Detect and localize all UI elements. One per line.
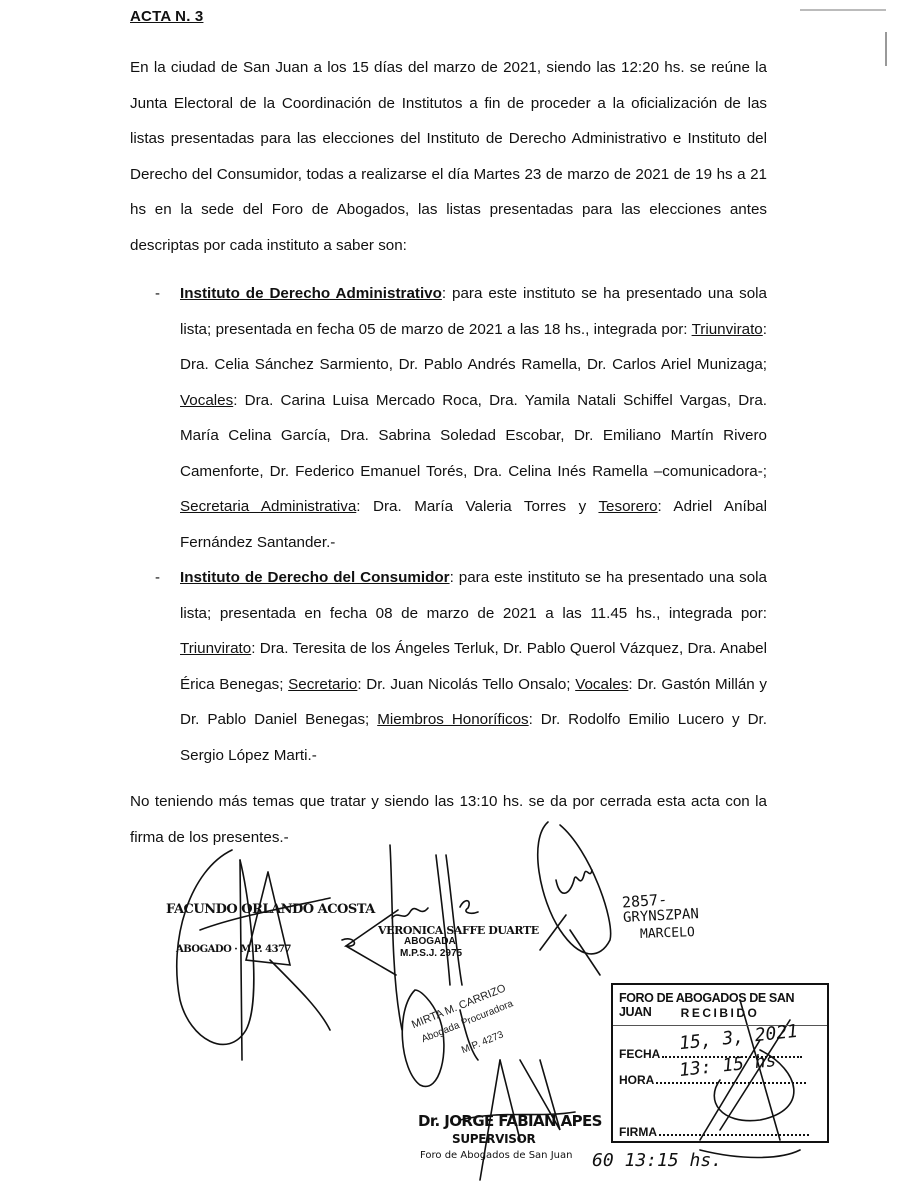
role-label: Secretario [288, 676, 357, 693]
list-item-text: Instituto de Derecho del Consumidor: par… [180, 560, 767, 773]
institute-name: Instituto de Derecho del Consumidor [180, 569, 450, 586]
stamp-firma-label: FIRMA [619, 1125, 657, 1139]
institute-name: Instituto de Derecho Administrativo [180, 285, 442, 302]
role-members: : Dra. María Valeria Torres y [356, 498, 598, 515]
scanned-document-page: ACTA N. 3 En la ciudad de San Juan a los… [0, 0, 913, 1181]
role-members: : Dr. Juan Nicolás Tello Onsalo; [357, 676, 575, 693]
dotted-line [656, 1080, 806, 1084]
document-title: ACTA N. 3 [130, 8, 203, 25]
seal-apes-org: Foro de Abogados de San Juan [420, 1150, 572, 1161]
stamp-firma-row: FIRMA [619, 1125, 809, 1139]
bullet-dash: - [155, 276, 160, 312]
stamp-header: FORO DE ABOGADOS DE SAN JUAN RECIBIDO [613, 985, 827, 1026]
seal-acosta-name: FACUNDO ORLANDO ACOSTA [166, 902, 375, 917]
seal-apes-name: Dr. JORGE FABIAN APES [418, 1112, 602, 1130]
seal-carrizo-registration: M.P. 4273 [460, 1029, 505, 1056]
seal-apes-role: SUPERVISOR [452, 1132, 535, 1146]
reception-stamp: FORO DE ABOGADOS DE SAN JUAN RECIBIDO FE… [611, 983, 829, 1143]
handwritten-surname: GRYNSZPAN [623, 906, 700, 926]
role-label: Triunvirato [180, 640, 251, 657]
handwritten-annotation: 60 13:15 hs. [592, 1150, 722, 1171]
role-members: : Dra. Carina Luisa Mercado Roca, Dra. Y… [180, 392, 767, 480]
dotted-line [659, 1132, 809, 1136]
role-label: Vocales [575, 676, 628, 693]
bullet-dash: - [155, 560, 160, 596]
seal-acosta-sub: ABOGADO · M.P. 4377 [176, 944, 291, 955]
seal-saffe-title: ABOGADA [404, 936, 456, 947]
stamp-hora-label: HORA [619, 1073, 654, 1087]
role-label: Miembros Honoríficos [377, 711, 528, 728]
seal-saffe-name: VERONICA SAFFE DUARTE [378, 924, 539, 937]
stamp-status: RECIBIDO [613, 1006, 827, 1020]
handwritten-firstname: MARCELO [640, 925, 695, 942]
role-label: Vocales [180, 392, 233, 409]
stamp-fecha-label: FECHA [619, 1047, 660, 1061]
closing-paragraph: No teniendo más temas que tratar y siend… [130, 784, 767, 855]
role-label: Triunvirato [692, 321, 763, 338]
opening-paragraph: En la ciudad de San Juan a los 15 días d… [130, 50, 767, 263]
list-item-text: Instituto de Derecho Administrativo: par… [180, 276, 767, 560]
scan-artifact-mark [885, 32, 887, 66]
role-label: Secretaria Administrativa [180, 498, 356, 515]
scan-artifact-line [800, 9, 886, 11]
seal-saffe-registration: M.P.S.J. 2975 [400, 948, 462, 959]
role-label: Tesorero [598, 498, 657, 515]
